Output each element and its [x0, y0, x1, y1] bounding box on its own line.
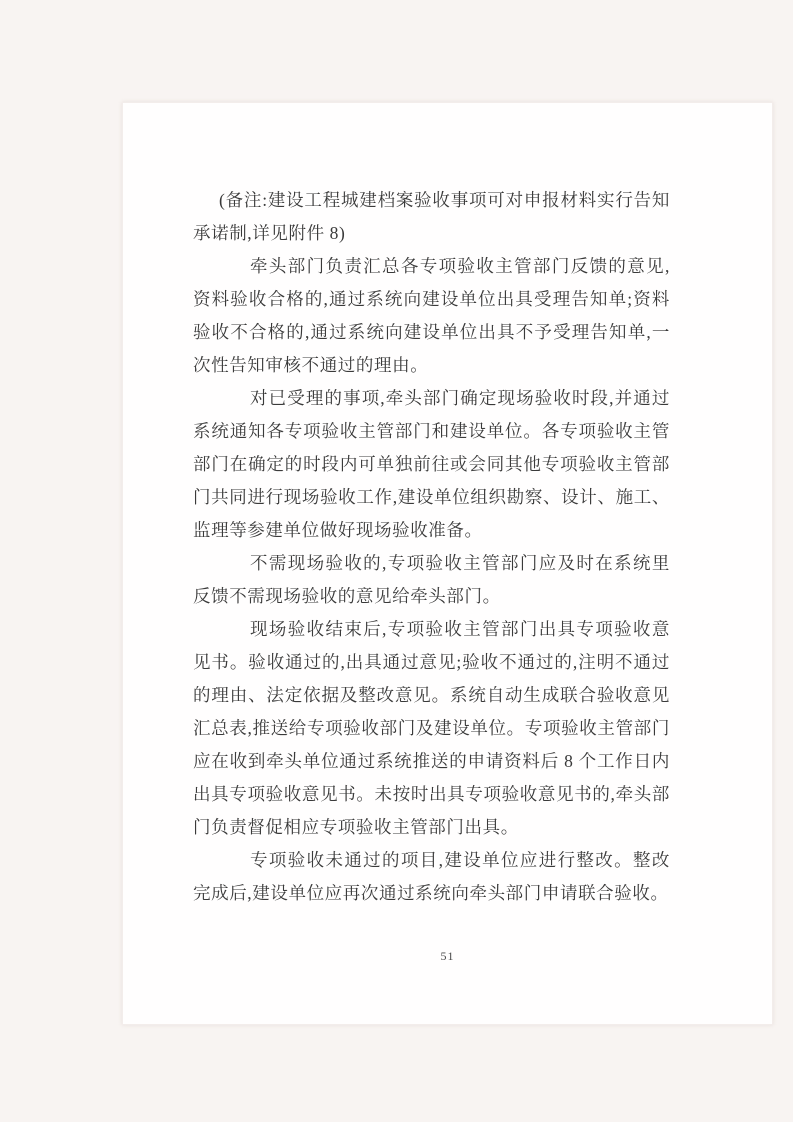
paragraph-lead-department-feedback: 牵头部门负责汇总各专项验收主管部门反馈的意见,资料验收合格的,通过系统向建设单位… [193, 250, 670, 382]
document-viewer-canvas: (备注:建设工程城建档案验收事项可对申报材料实行告知承诺制,详见附件 8) 牵头… [0, 0, 793, 1122]
paragraph-no-site-inspection: 不需现场验收的,专项验收主管部门应及时在系统里反馈不需现场验收的意见给牵头部门。 [193, 547, 670, 613]
document-page: (备注:建设工程城建档案验收事项可对申报材料实行告知承诺制,详见附件 8) 牵头… [122, 102, 773, 1025]
paragraph-inspection-opinion-issuance: 现场验收结束后,专项验收主管部门出具专项验收意见书。验收通过的,出具通过意见;验… [193, 613, 670, 844]
paragraph-note: (备注:建设工程城建档案验收事项可对申报材料实行告知承诺制,详见附件 8) [193, 184, 670, 250]
paragraph-accepted-items-site-inspection: 对已受理的事项,牵头部门确定现场验收时段,并通过系统通知各专项验收主管部门和建设… [193, 382, 670, 547]
document-text-block: (备注:建设工程城建档案验收事项可对申报材料实行告知承诺制,详见附件 8) 牵头… [193, 184, 670, 910]
page-number: 51 [123, 949, 772, 964]
paragraph-failed-inspection-rectification: 专项验收未通过的项目,建设单位应进行整改。整改完成后,建设单位应再次通过系统向牵… [193, 844, 670, 910]
